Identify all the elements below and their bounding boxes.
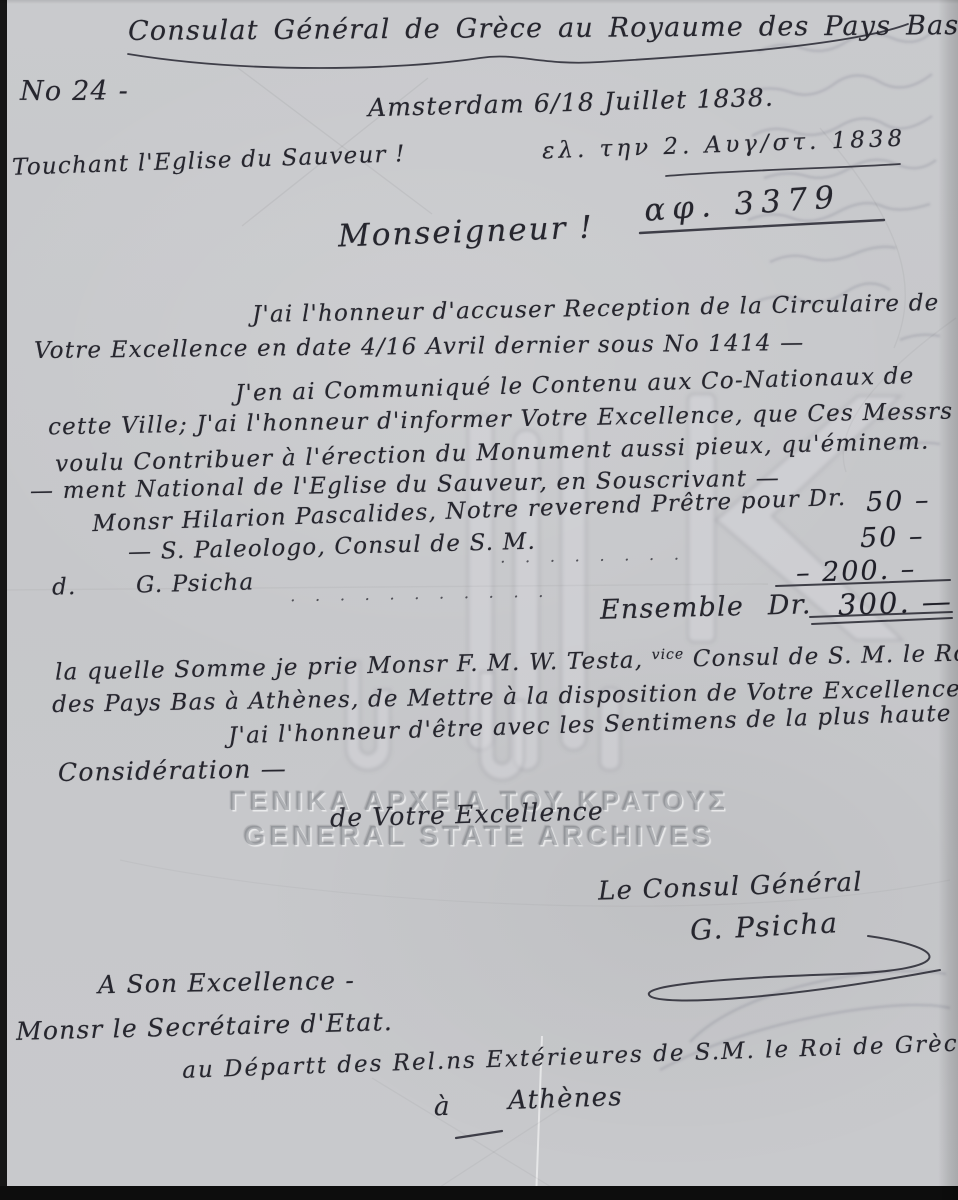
scan-edge-bottom — [0, 1186, 958, 1200]
signature-name: G. Psicha — [689, 906, 840, 947]
place-and-date: Amsterdam 6/18 Juillet 1838. — [368, 83, 775, 123]
address-line2: Monsr le Secrétaire d'Etat. — [16, 1007, 394, 1046]
signature-title: Le Consul Général — [598, 867, 864, 906]
subject-line: Touchant l'Eglise du Sauveur ! — [12, 141, 406, 181]
subscription-row-amount: – 200. – — [795, 554, 916, 589]
dot-leader: . . . . . . . . . . . — [290, 582, 551, 607]
paragraph3-line1-part-b: Consul de S. M. le Roi — [693, 640, 958, 672]
scan-edge-right-shadow — [938, 0, 958, 1200]
registry-number: αφ. 3379 — [643, 179, 842, 229]
subscription-row-amount: 50 – — [859, 521, 924, 554]
total-label: Ensemble Dr. — [600, 589, 812, 626]
received-note-underline — [666, 164, 900, 176]
body-paragraph1-line2: Votre Excellence en date 4/16 Avril dern… — [34, 330, 805, 364]
scan-edge-top-shadow — [0, 0, 958, 4]
registry-received-note: ελ. την 2. Αυγ/στ. 1838 — [542, 126, 907, 165]
body-paragraph3-line4: Considération — — [58, 754, 287, 787]
paragraph3-line1-part-a: la quelle Somme je prie Monsr F. M. W. T… — [55, 647, 644, 685]
address-line1: A Son Excellence - — [98, 966, 356, 999]
subscription-row-entry: d. G. Psicha — [52, 569, 255, 600]
letterhead: Consulat Général de Grèce au Royaume des… — [128, 10, 958, 47]
salutation: Monseigneur ! — [337, 210, 594, 255]
vice-superscript: vice — [652, 646, 685, 663]
document-number: No 24 - — [20, 76, 129, 107]
athens-dash — [456, 1131, 502, 1138]
dot-leader: . . . . . . . . — [500, 544, 686, 567]
subscription-row-amount: 50 – — [865, 485, 930, 518]
body-paragraph1-line1: J'ai l'honneur d'accuser Reception de la… — [252, 290, 940, 328]
scanned-letter-page: ΓΕΝΙΚΑ ΑΡΧΕΙΑ ΤΟΥ ΚΡΑΤΟΥΣ GENERAL STATE … — [0, 0, 958, 1200]
address-city-prefix: à — [434, 1092, 451, 1122]
address-city: Athènes — [508, 1082, 624, 1116]
scan-edge-left — [0, 0, 7, 1200]
total-amount: 300. — — [837, 584, 953, 622]
subscription-row-entry: — S. Paleologo, Consul de S. M. — [128, 529, 537, 566]
